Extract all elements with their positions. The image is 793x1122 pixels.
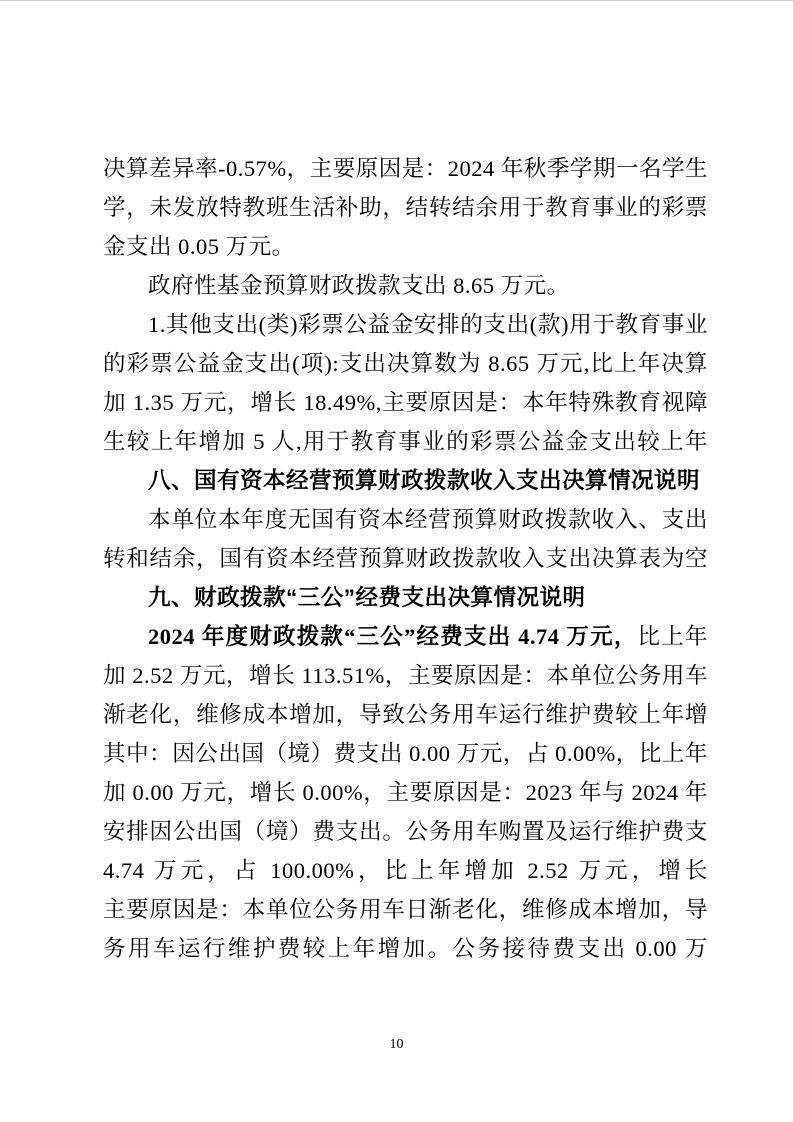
text-run: 安排因公出国（境）费支出。公务用车购置及运行维护费支出 [103, 819, 708, 851]
text-run: 本单位本年度无国有资本经营预算财政拨款收入、支出及结 [103, 507, 708, 539]
text-run: 加 0.00 万元，增长 0.00%，主要原因是：2023 年与 2024 年均… [103, 780, 708, 812]
text-line: 加 0.00 万元，增长 0.00%，主要原因是：2023 年与 2024 年均… [103, 773, 708, 812]
text-line: 加 2.52 万元，增长 113.51%，主要原因是：本单位公务用车日 [103, 656, 708, 695]
text-run: 1.其他支出(类)彩票公益金安排的支出(款)用于教育事业 [148, 312, 708, 337]
bold-text-run: 八、国有资本经营预算财政拨款收入支出决算情况说明 [148, 468, 700, 493]
text-run: 金支出 0.05 万元。 [103, 234, 295, 259]
text-line: 决算差异率-0.57%，主要原因是：2024 年秋季学期一名学生退 [103, 149, 708, 188]
text-run: 务用车运行维护费较上年增加。公务接待费支出 0.00 万元，占 [103, 936, 708, 968]
text-run: 学，未发放特教班生活补助，结转结余用于教育事业的彩票公益 [103, 195, 708, 227]
text-line: 其中：因公出国（境）费支出 0.00 万元，占 0.00%，比上年增 [103, 734, 708, 773]
text-run: 政府性基金预算财政拨款支出 8.65 万元。 [148, 273, 570, 298]
text-line: 生较上年增加 5 人,用于教育事业的彩票公益金支出较上年增加。 [103, 422, 708, 461]
text-line: 学，未发放特教班生活补助，结转结余用于教育事业的彩票公益 [103, 188, 708, 227]
text-line: 金支出 0.05 万元。 [103, 227, 708, 266]
text-line: 转和结余，国有资本经营预算财政拨款收入支出决算表为空表。 [103, 539, 708, 578]
text-run: 渐老化，维修成本增加，导致公务用车运行维护费较上年增加。 [103, 702, 708, 734]
text-run: 主要原因是：本单位公务用车日渐老化，维修成本增加，导致公 [103, 897, 708, 929]
section-heading: 八、国有资本经营预算财政拨款收入支出决算情况说明 [103, 461, 708, 500]
text-run: 其中：因公出国（境）费支出 0.00 万元，占 0.00%，比上年增 [103, 741, 708, 773]
text-run: 加 2.52 万元，增长 113.51%，主要原因是：本单位公务用车日 [103, 663, 708, 695]
text-line: 渐老化，维修成本增加，导致公务用车运行维护费较上年增加。 [103, 695, 708, 734]
text-run: 转和结余，国有资本经营预算财政拨款收入支出决算表为空表。 [103, 546, 708, 578]
page-top-edge [0, 0, 793, 1]
text-run: 决算差异率-0.57%，主要原因是：2024 年秋季学期一名学生退 [103, 156, 708, 188]
text-run: 的彩票公益金支出(项):支出决算数为 8.65 万元,比上年决算增 [103, 351, 708, 383]
bold-text-run: 九、财政拨款“三公”经费支出决算情况说明 [148, 585, 586, 610]
text-run: 4.74 万元，占 100.00%，比上年增加 2.52 万元，增长 113.5… [103, 858, 708, 890]
text-line: 1.其他支出(类)彩票公益金安排的支出(款)用于教育事业 [103, 305, 708, 344]
text-line: 加 1.35 万元，增长 18.49%,主要原因是：本年特殊教育视障学 [103, 383, 708, 422]
text-run: 加 1.35 万元，增长 18.49%,主要原因是：本年特殊教育视障学 [103, 390, 708, 422]
bold-text-run: 2024 年度财政拨款“三公”经费支出 4.74 万元， [148, 624, 638, 649]
text-line: 本单位本年度无国有资本经营预算财政拨款收入、支出及结 [103, 500, 708, 539]
text-line: 主要原因是：本单位公务用车日渐老化，维修成本增加，导致公 [103, 890, 708, 929]
text-line: 2024 年度财政拨款“三公”经费支出 4.74 万元，比上年增 [103, 617, 708, 656]
text-run: 生较上年增加 5 人,用于教育事业的彩票公益金支出较上年增加。 [103, 429, 708, 461]
text-line: 务用车运行维护费较上年增加。公务接待费支出 0.00 万元，占 [103, 929, 708, 968]
text-line: 的彩票公益金支出(项):支出决算数为 8.65 万元,比上年决算增 [103, 344, 708, 383]
document-page: 决算差异率-0.57%，主要原因是：2024 年秋季学期一名学生退学，未发放特教… [0, 0, 793, 1122]
text-line: 政府性基金预算财政拨款支出 8.65 万元。 [103, 266, 708, 305]
text-line: 4.74 万元，占 100.00%，比上年增加 2.52 万元，增长 113.5… [103, 851, 708, 890]
document-body: 决算差异率-0.57%，主要原因是：2024 年秋季学期一名学生退学，未发放特教… [103, 149, 708, 968]
text-line: 安排因公出国（境）费支出。公务用车购置及运行维护费支出 [103, 812, 708, 851]
section-heading: 九、财政拨款“三公”经费支出决算情况说明 [103, 578, 708, 617]
page-number: 10 [0, 1036, 793, 1054]
